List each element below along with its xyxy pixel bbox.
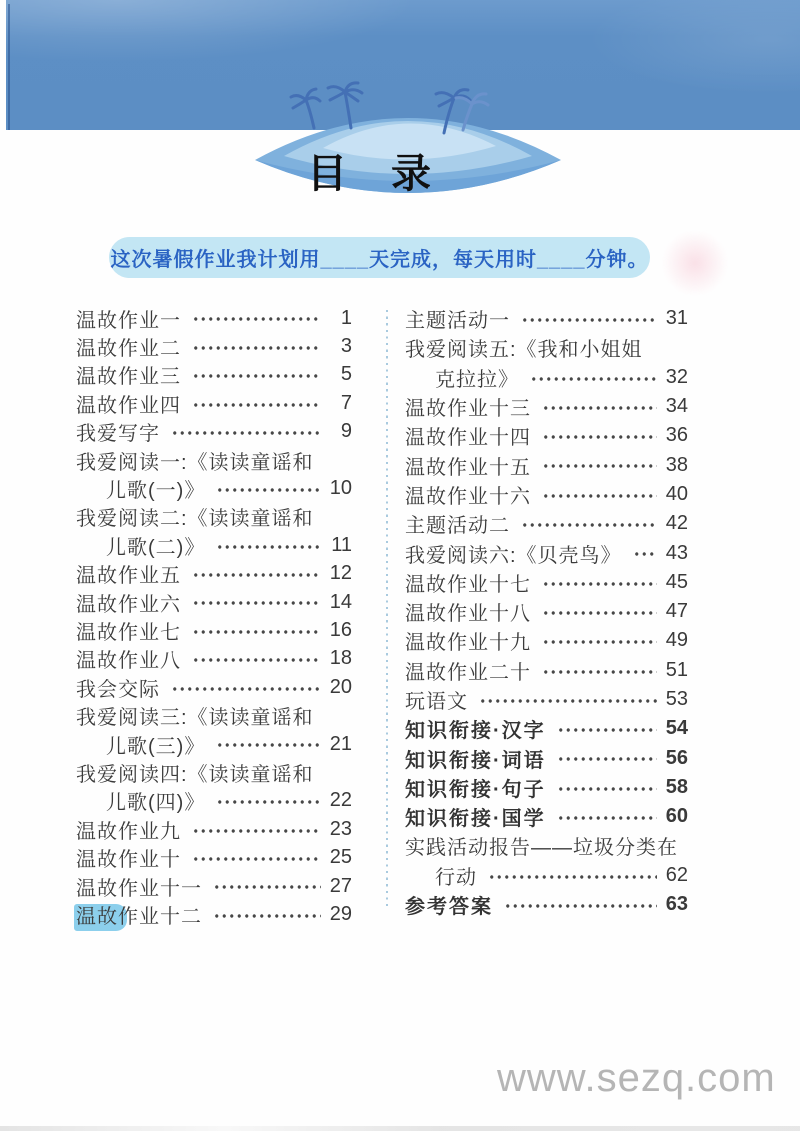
toc-entry-label: 温故作业十四 [405,421,531,450]
toc-entry-page: 36 [662,424,688,447]
dot-leader [540,626,657,655]
toc-entry-label: 温故作业十三 [405,392,531,421]
dot-leader [211,900,321,928]
dot-leader [190,560,321,588]
dot-leader [190,304,321,332]
watermark: www.sezq.com [497,1056,776,1101]
toc-entry-page: 27 [326,875,352,898]
toc-entry: 我爱阅读六:《贝壳鸟》43 [405,538,688,567]
dot-leader [528,363,657,392]
toc-entry-page: 34 [662,395,688,418]
toc-entry-label: 温故作业六 [76,588,181,617]
dot-leader [190,843,321,871]
dot-leader [169,673,321,701]
toc-entry-label: 温故作业十八 [405,597,531,626]
toc-entry-page: 14 [326,591,352,614]
toc-entry: 温故作业十二29 [76,900,352,928]
toc-entry: 我爱阅读五:《我和小姐姐 [405,333,688,362]
toc-entry-page: 45 [662,571,688,594]
toc-entry-label: 温故作业九 [76,815,181,844]
dot-leader [631,538,657,567]
toc-entry-label: 我爱写字 [76,417,160,446]
toc-entry-page: 47 [662,600,688,623]
toc-entry: 克拉拉》32 [405,363,688,392]
toc-entry-page: 7 [326,392,352,415]
toc-entry-label: 知识衔接·句子 [405,773,546,802]
dot-leader [214,787,321,815]
toc-entry-label: 主题活动二 [405,509,510,538]
toc-entry: 温故作业六14 [76,588,352,616]
dot-leader [540,656,657,685]
toc-entry-label: 温故作业七 [76,616,181,645]
toc-entry-page: 49 [662,629,688,652]
toc-entry-label: 我爱阅读二:《读读童谣和 [76,502,314,531]
toc-entry-page: 42 [662,512,688,535]
dot-leader [214,531,321,559]
toc-entry-page: 25 [326,846,352,869]
toc-entry: 实践活动报告——垃圾分类在 [405,831,688,860]
toc-entry: 温故作业十三34 [405,392,688,421]
toc-entry: 温故作业七16 [76,616,352,644]
dot-leader [477,685,657,714]
scan-bottom-edge [0,1126,800,1131]
toc-entry: 主题活动二42 [405,509,688,538]
toc-entry-label: 温故作业二 [76,332,181,361]
toc-entry-label: 我爱阅读五:《我和小姐姐 [405,333,643,362]
toc-entry-label: 知识衔接·汉字 [405,714,546,743]
toc-entry-label: 温故作业一 [76,304,181,333]
toc-entry: 温故作业五12 [76,560,352,588]
toc-entry-page: 9 [326,420,352,443]
dot-leader [540,421,657,450]
toc-entry: 温故作业十八47 [405,597,688,626]
toc-entry-label: 玩语文 [405,685,468,714]
toc-entry: 温故作业十四36 [405,421,688,450]
toc-entry-page: 51 [662,659,688,682]
toc-entry: 主题活动一31 [405,304,688,333]
toc-entry-label: 知识衔接·国学 [405,802,546,831]
dot-leader [540,568,657,597]
toc-entry: 玩语文53 [405,685,688,714]
toc-entry-label: 温故作业十七 [405,568,531,597]
toc-entry-page: 10 [326,477,352,500]
plan-note: 这次暑假作业我计划用____天完成，每天用时____分钟。 [109,237,650,278]
toc-entry-label: 温故作业十二 [76,900,202,929]
toc-entry: 温故作业八18 [76,645,352,673]
page-title: 目 录 [255,142,485,199]
toc-entry: 知识衔接·国学60 [405,802,688,831]
dot-leader [190,616,321,644]
dot-leader [214,474,321,502]
toc-entry-label: 儿歌(二)》 [76,531,205,560]
toc-entry-label: 温故作业八 [76,644,181,673]
dot-leader [540,450,657,479]
toc-entry-page: 22 [326,789,352,812]
toc-entry-label: 参考答案 [405,890,493,919]
toc-entry-page: 38 [662,454,688,477]
dot-leader [190,588,321,616]
toc-entry-page: 11 [326,534,352,557]
toc-entry: 知识衔接·汉字54 [405,714,688,743]
toc-entry: 温故作业九23 [76,815,352,843]
toc-entry-page: 16 [326,619,352,642]
toc-entry: 温故作业十九49 [405,626,688,655]
dot-leader [190,361,321,389]
dot-leader [169,418,321,446]
toc-entry-page: 43 [662,542,688,565]
highlight-mark: 温故 [74,904,127,931]
toc-entry-label: 儿歌(一)》 [76,474,205,503]
toc-entry-page: 21 [326,733,352,756]
toc-entry-label: 我爱阅读六:《贝壳鸟》 [405,539,622,568]
toc-entry-page: 54 [662,717,688,740]
toc-entry: 知识衔接·句子58 [405,773,688,802]
toc-entry-page: 23 [326,818,352,841]
dot-leader [190,332,321,360]
toc-entry-page: 31 [662,307,688,330]
toc-entry-page: 62 [662,864,688,887]
toc-entry-label: 儿歌(四)》 [76,786,205,815]
toc-entry-label: 主题活动一 [405,304,510,333]
dot-leader [540,480,657,509]
toc-entry-label: 儿歌(三)》 [76,730,205,759]
dot-leader [555,743,657,772]
toc-entry: 温故作业三5 [76,361,352,389]
dot-leader [502,890,657,919]
toc-entry-label: 我爱阅读四:《读读童谣和 [76,758,314,787]
plan-note-text: 这次暑假作业我计划用____天完成，每天用时____分钟。 [111,243,649,272]
toc-entry-label: 温故作业三 [76,360,181,389]
dot-leader [540,597,657,626]
toc-entry-label: 温故作业十 [76,843,181,872]
toc-entry: 我爱阅读四:《读读童谣和 [76,758,352,786]
toc-entry-page: 40 [662,483,688,506]
toc-entry: 温故作业十25 [76,843,352,871]
toc-entry-label: 温故作业五 [76,559,181,588]
toc-entry: 温故作业二十51 [405,656,688,685]
dot-leader [519,509,657,538]
toc-entry-label: 温故作业四 [76,389,181,418]
toc-entry-page: 63 [662,893,688,916]
toc-entry-page: 1 [326,307,352,330]
toc-entry: 儿歌(四)》22 [76,787,352,815]
column-divider [386,310,388,910]
toc-entry-page: 58 [662,776,688,799]
toc-entry-label: 我爱阅读三:《读读童谣和 [76,701,314,730]
toc-entry: 温故作业十六40 [405,480,688,509]
toc-entry-page: 18 [326,647,352,670]
toc-entry: 温故作业一1 [76,304,352,332]
toc-entry-page: 29 [326,903,352,926]
toc-entry: 温故作业十七45 [405,568,688,597]
toc-entry-label: 行动 [405,861,477,890]
toc-entry: 我爱阅读一:《读读童谣和 [76,446,352,474]
dot-leader [519,304,657,333]
toc-entry: 儿歌(三)》21 [76,730,352,758]
toc-entry-label: 温故作业十九 [405,626,531,655]
dot-leader [190,645,321,673]
dot-leader [540,392,657,421]
toc-entry-label: 温故作业十一 [76,872,202,901]
toc-entry-page: 3 [326,335,352,358]
dot-leader [214,730,321,758]
dot-leader [486,861,657,890]
dot-leader [555,714,657,743]
print-bleed-artifact [660,232,730,294]
dot-leader [555,802,657,831]
toc-entry: 温故作业二3 [76,332,352,360]
scanned-toc-page: 目 录 这次暑假作业我计划用____天完成，每天用时____分钟。 温故作业一1… [0,0,800,1131]
toc-entry-page: 56 [662,747,688,770]
toc-entry: 儿歌(二)》11 [76,531,352,559]
dot-leader [190,815,321,843]
toc-entry-label: 温故作业十六 [405,480,531,509]
toc-entry-label: 实践活动报告——垃圾分类在 [405,831,678,860]
toc-entry: 我爱写字9 [76,418,352,446]
toc-entry-label: 我爱阅读一:《读读童谣和 [76,446,314,475]
dot-leader [190,389,321,417]
toc-entry-page: 60 [662,805,688,828]
toc-entry: 知识衔接·词语56 [405,743,688,772]
toc-entry: 我会交际20 [76,673,352,701]
toc-entry: 儿歌(一)》10 [76,474,352,502]
toc-entry: 温故作业十五38 [405,450,688,479]
toc-entry: 温故作业十一27 [76,872,352,900]
dot-leader [555,773,657,802]
toc-entry-label: 我会交际 [76,673,160,702]
toc-entry: 行动62 [405,861,688,890]
toc-entry: 我爱阅读三:《读读童谣和 [76,701,352,729]
toc-entry-label: 知识衔接·词语 [405,744,546,773]
toc-entry-page: 20 [326,676,352,699]
toc-entry-page: 12 [326,562,352,585]
toc-entry-label: 温故作业十五 [405,451,531,480]
toc-entry: 温故作业四7 [76,389,352,417]
toc-entry: 参考答案63 [405,890,688,919]
toc-entry-page: 32 [662,366,688,389]
dot-leader [211,872,321,900]
toc-entry-page: 5 [326,363,352,386]
toc-entry-page: 53 [662,688,688,711]
toc-entry-label: 温故作业二十 [405,656,531,685]
toc-column-left: 温故作业一1温故作业二3温故作业三5温故作业四7我爱写字9我爱阅读一:《读读童谣… [76,304,352,929]
toc-entry: 我爱阅读二:《读读童谣和 [76,503,352,531]
toc-entry-label: 克拉拉》 [405,363,519,392]
toc-column-right: 主题活动一31我爱阅读五:《我和小姐姐克拉拉》32温故作业十三34温故作业十四3… [405,304,688,919]
